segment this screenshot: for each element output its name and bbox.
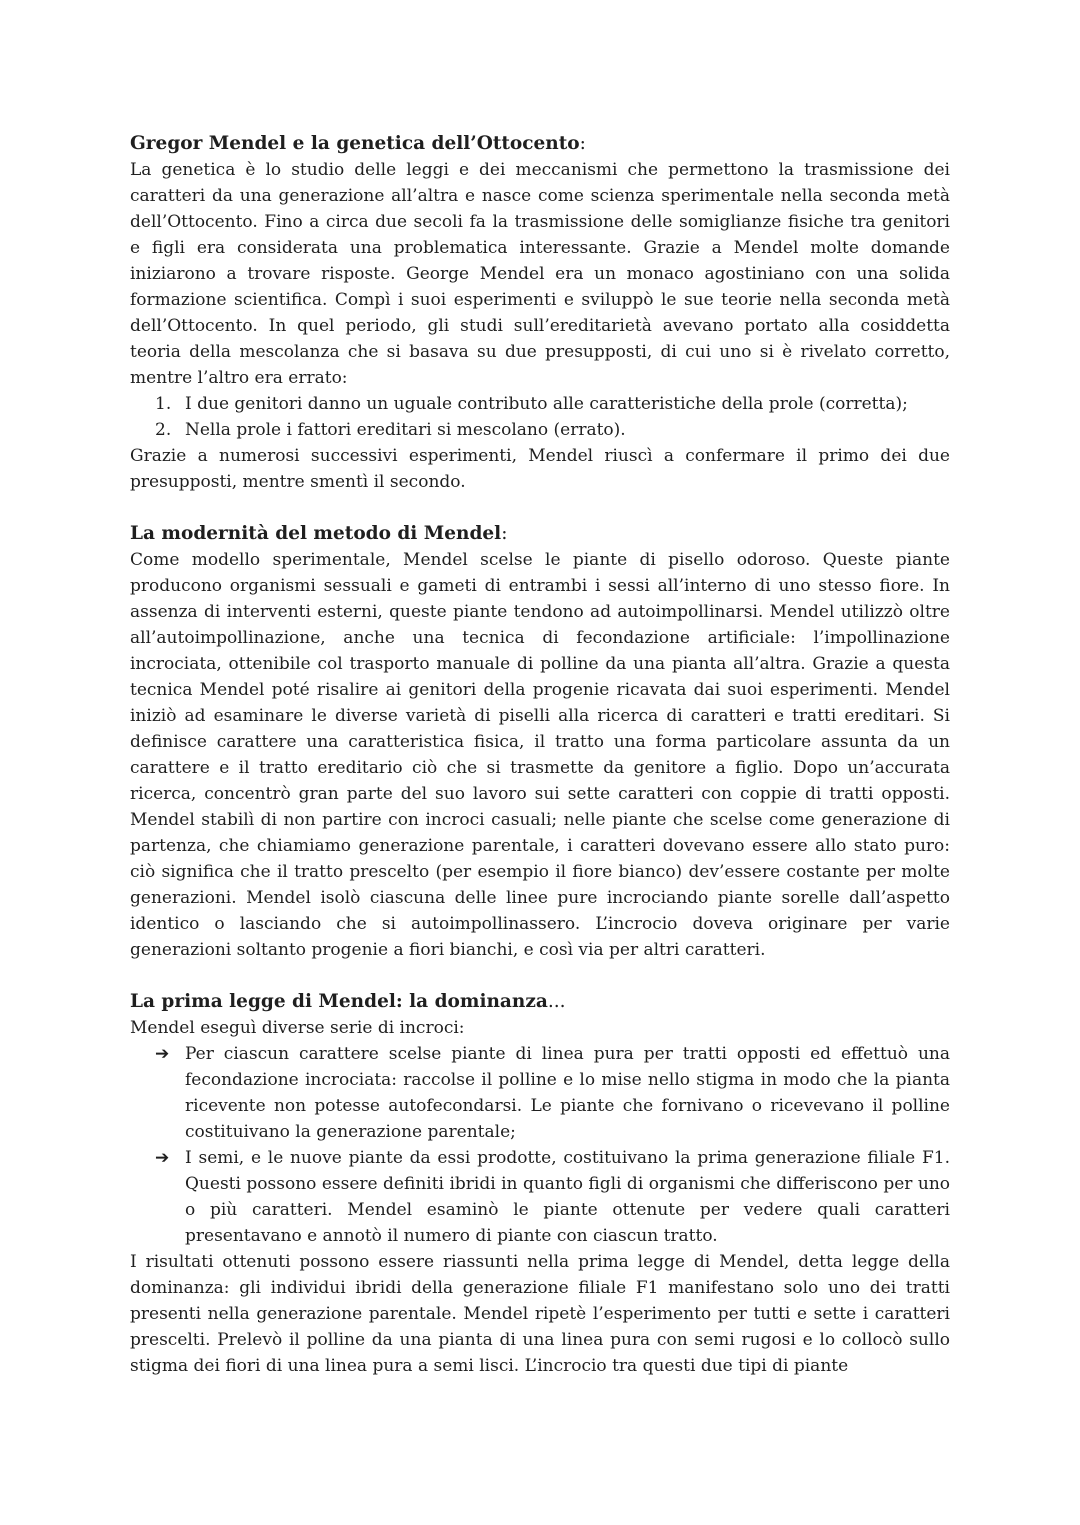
numbered-list-item-1: 1. I due genitori danno un uguale contri…	[130, 391, 950, 417]
section1-intro-paragraph: La genetica è lo studio delle leggi e de…	[130, 157, 950, 391]
section1-heading-suffix: :	[580, 133, 586, 154]
section1-outro-paragraph: Grazie a numerosi successivi esperimenti…	[130, 443, 950, 495]
section1-heading: Gregor Mendel e la genetica dell’Ottocen…	[130, 131, 950, 157]
section2-body-paragraph: Come modello sperimentale, Mendel scelse…	[130, 547, 950, 963]
arrow-list-item-1: ➔ Per ciascun carattere scelse piante di…	[130, 1041, 950, 1145]
section2-heading: La modernità del metodo di Mendel:	[130, 521, 950, 547]
list-number-marker: 1.	[155, 391, 185, 417]
section3-intro-paragraph: Mendel eseguì diverse serie di incroci:	[130, 1015, 950, 1041]
list-item-text: I due genitori danno un uguale contribut…	[185, 391, 950, 417]
list-number-marker: 2.	[155, 417, 185, 443]
section1-heading-text: Gregor Mendel e la genetica dell’Ottocen…	[130, 133, 580, 154]
numbered-list-item-2: 2. Nella prole i fattori ereditari si me…	[130, 417, 950, 443]
list-item-text: Nella prole i fattori ereditari si mesco…	[185, 417, 950, 443]
section3-heading-suffix: ...	[548, 991, 566, 1012]
section3-heading: La prima legge di Mendel: la dominanza..…	[130, 989, 950, 1015]
section3-outro-paragraph: I risultati ottenuti possono essere rias…	[130, 1249, 950, 1379]
list-item-text: I semi, e le nuove piante da essi prodot…	[185, 1145, 950, 1249]
document-page: Gregor Mendel e la genetica dell’Ottocen…	[0, 0, 1080, 1525]
arrow-bullet-icon: ➔	[155, 1145, 185, 1249]
arrow-bullet-icon: ➔	[155, 1041, 185, 1145]
section2-heading-text: La modernità del metodo di Mendel	[130, 523, 501, 544]
section2-heading-suffix: :	[501, 523, 507, 544]
arrow-list-item-2: ➔ I semi, e le nuove piante da essi prod…	[130, 1145, 950, 1249]
list-item-text: Per ciascun carattere scelse piante di l…	[185, 1041, 950, 1145]
section3-heading-text: La prima legge di Mendel: la dominanza	[130, 991, 548, 1012]
